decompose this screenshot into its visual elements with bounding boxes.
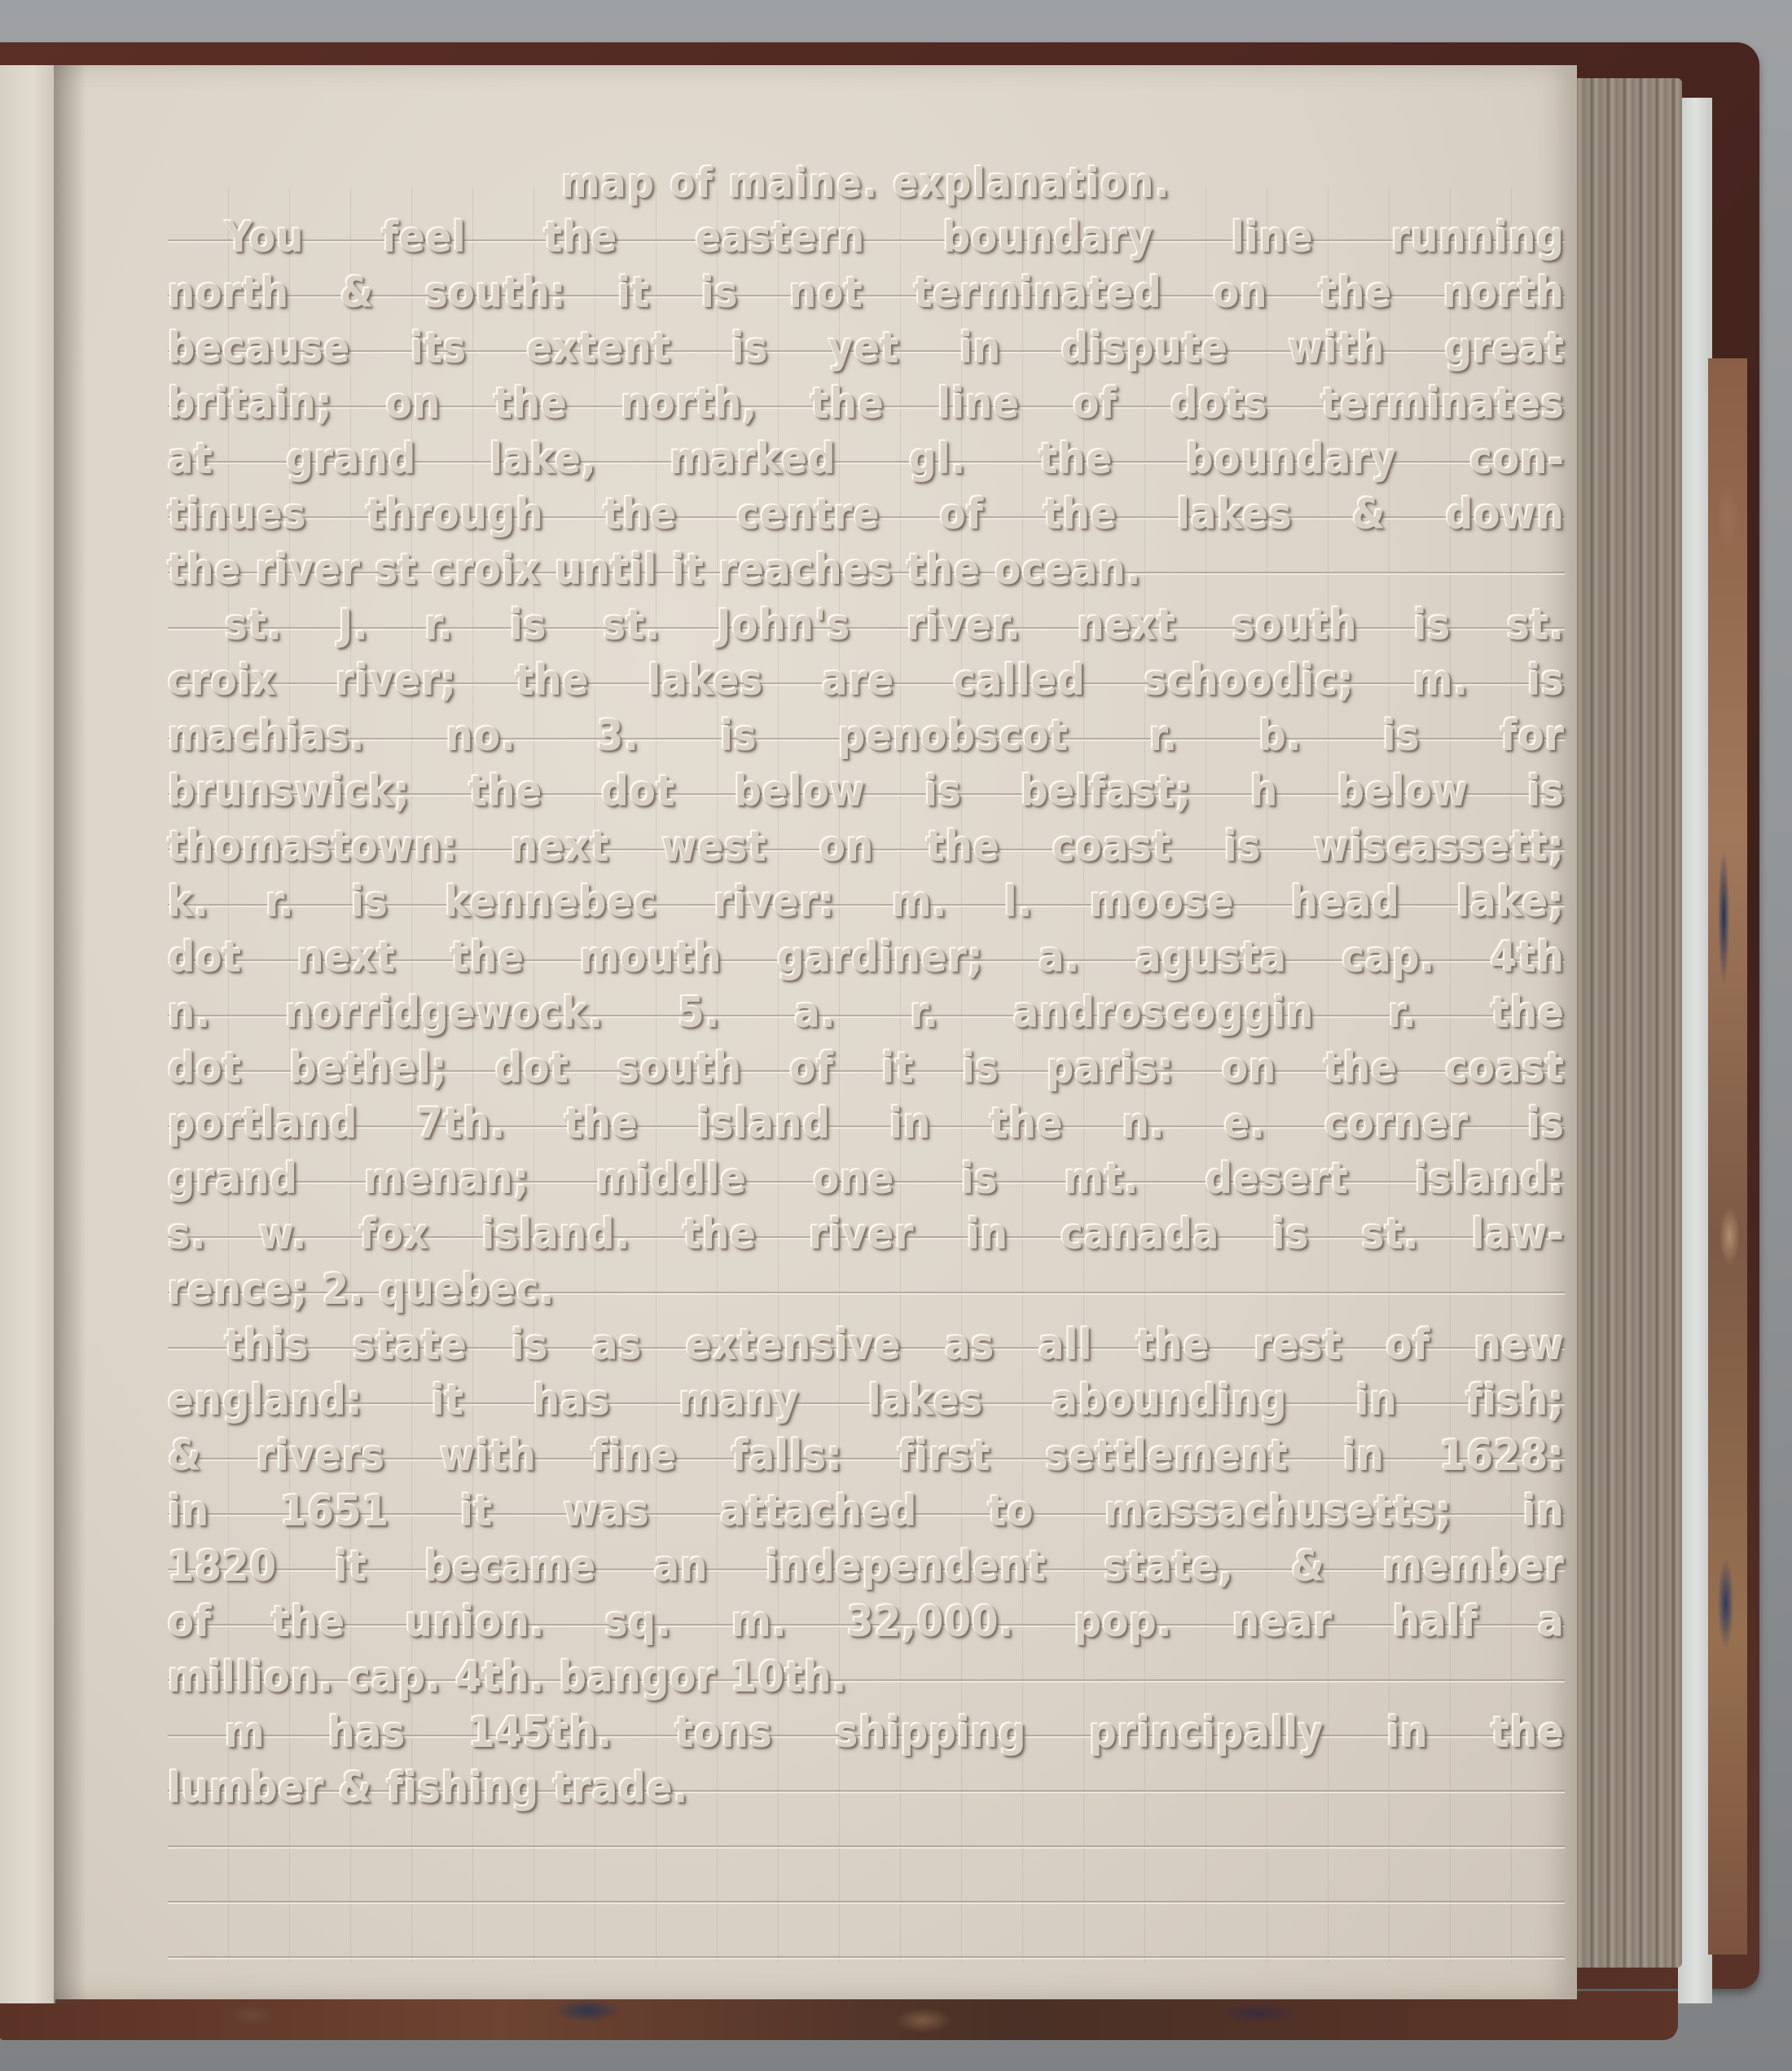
text-line: brunswick; the dot below is belfast; h b… bbox=[168, 764, 1565, 819]
text-line: britain; on the north, the line of dots … bbox=[168, 376, 1565, 432]
paragraph: this state is as extensive as all the re… bbox=[168, 1318, 1565, 1705]
paragraph: You feel the eastern boundary line runni… bbox=[168, 210, 1565, 598]
text-line: portland 7th. the island in the n. e. co… bbox=[168, 1096, 1565, 1152]
text-line: dot next the mouth gardiner; a. agusta c… bbox=[168, 930, 1565, 985]
text-line: st. J. r. is st. John's river. next sout… bbox=[168, 598, 1565, 653]
gutter-shadow bbox=[54, 65, 86, 2003]
marbled-board-edge bbox=[1708, 358, 1747, 1955]
text-line: rence; 2. quebec. bbox=[168, 1262, 1565, 1318]
page-title: map of maine. explanation. bbox=[168, 156, 1565, 210]
text-line: lumber & fishing trade. bbox=[168, 1761, 1565, 1816]
text-line: the river st croix until it reaches the … bbox=[168, 542, 1565, 598]
text-line: thomastown: next west on the coast is wi… bbox=[168, 819, 1565, 875]
embossed-page: map of maine. explanation. You feel the … bbox=[54, 65, 1577, 1999]
text-line: because its extent is yet in dispute wit… bbox=[168, 321, 1565, 376]
text-line: million. cap. 4th. bangor 10th. bbox=[168, 1650, 1565, 1705]
text-line: machias. no. 3. is penobscot r. b. is fo… bbox=[168, 709, 1565, 764]
page-text-block: map of maine. explanation. You feel the … bbox=[168, 156, 1565, 1816]
text-line: tinues through the centre of the lakes &… bbox=[168, 487, 1565, 542]
text-line: 1820 it became an independent state, & m… bbox=[168, 1539, 1565, 1595]
paragraph: m has 145th. tons shipping principally i… bbox=[168, 1705, 1565, 1816]
paragraph: st. J. r. is st. John's river. next sout… bbox=[168, 598, 1565, 1318]
endpaper-strip bbox=[1678, 98, 1712, 2003]
text-line: & rivers with fine falls: first settleme… bbox=[168, 1428, 1565, 1484]
text-line: in 1651 it was attached to massachusetts… bbox=[168, 1484, 1565, 1539]
text-line: grand menan; middle one is mt. desert is… bbox=[168, 1152, 1565, 1207]
text-line: croix river; the lakes are called schood… bbox=[168, 653, 1565, 709]
text-line: of the union. sq. m. 32,000. pop. near h… bbox=[168, 1595, 1565, 1650]
text-line: north & south: it is not terminated on t… bbox=[168, 265, 1565, 321]
text-line: at grand lake, marked gl. the boundary c… bbox=[168, 432, 1565, 487]
page-fore-edge-stack bbox=[1568, 78, 1682, 1968]
text-line: n. norridgewock. 5. a. r. androscoggin r… bbox=[168, 985, 1565, 1041]
text-line: m has 145th. tons shipping principally i… bbox=[168, 1705, 1565, 1761]
page-body: You feel the eastern boundary line runni… bbox=[168, 210, 1565, 1816]
text-line: You feel the eastern boundary line runni… bbox=[168, 210, 1565, 265]
text-line: s. w. fox island. the river in canada is… bbox=[168, 1207, 1565, 1262]
text-line: england: it has many lakes abounding in … bbox=[168, 1373, 1565, 1428]
text-line: k. r. is kennebec river: m. l. moose hea… bbox=[168, 875, 1565, 930]
text-line: dot bethel; dot south of it is paris: on… bbox=[168, 1041, 1565, 1096]
text-line: this state is as extensive as all the re… bbox=[168, 1318, 1565, 1373]
left-page-edge bbox=[0, 65, 55, 2003]
